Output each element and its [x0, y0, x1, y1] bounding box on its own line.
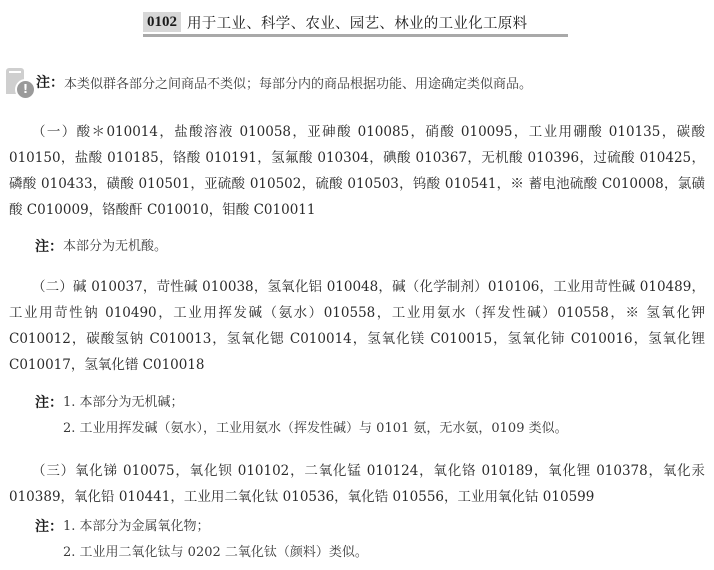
section-items: 碱 010037，苛性碱 010038，氢氧化铝 010048，碱（化学制剂）0… — [9, 279, 705, 373]
note-label: 注： — [35, 234, 63, 260]
note-label: 注： — [36, 72, 64, 92]
note-line: 1. 本部分为无机碱； — [63, 390, 184, 416]
section-bases-note: 注： 1. 本部分为无机碱； 2. 工业用挥发碱（氨水），工业用氨水（挥发性碱）… — [35, 390, 568, 442]
note-line: 2. 工业用挥发碱（氨水），工业用氨水（挥发性碱）与 0101 氨，无水氨，01… — [63, 416, 568, 442]
section-metal-oxides: （三）氧化锑 010075，氧化钡 010102，二氧化锰 010124，氧化铬… — [9, 458, 705, 510]
section-heading: （二） — [32, 279, 73, 295]
note-text: 本类似群各部分之间商品不类似；每部分内的商品根据功能、用途确定类似商品。 — [64, 73, 532, 92]
document-alert-icon: ! — [6, 66, 34, 98]
section-items: 氧化锑 010075，氧化钡 010102，二氧化锰 010124，氧化铬 01… — [9, 463, 705, 505]
section-heading: （一） — [32, 124, 77, 140]
section-acids: （一）酸＊010014，盐酸溶液 010058，亚砷酸 010085，硝酸 01… — [9, 119, 705, 223]
note-line: 本部分为无机酸。 — [63, 234, 167, 260]
note-line: 2. 工业用二氧化钛与 0202 二氧化钛（颜料）类似。 — [63, 540, 368, 566]
section-acids-note: 注： 本部分为无机酸。 — [35, 234, 167, 260]
section-metal-oxides-note: 注： 1. 本部分为金属氧化物； 2. 工业用二氧化钛与 0202 二氧化钛（颜… — [35, 514, 368, 566]
section-items: 酸＊010014，盐酸溶液 010058，亚砷酸 010085，硝酸 01009… — [9, 124, 705, 218]
page-title: 0102 用于工业、科学、农业、园艺、林业的工业化工原料 — [143, 10, 568, 37]
note-label: 注： — [35, 390, 63, 416]
note-line: 1. 本部分为金属氧化物； — [63, 514, 210, 540]
class-code: 0102 — [143, 12, 181, 32]
class-title: 用于工业、科学、农业、园艺、林业的工业化工原料 — [187, 12, 527, 33]
note-label: 注： — [35, 514, 63, 540]
section-heading: （三） — [32, 463, 75, 479]
intro-note: ! 注： 本类似群各部分之间商品不类似；每部分内的商品根据功能、用途确定类似商品… — [6, 66, 532, 98]
section-bases: （二）碱 010037，苛性碱 010038，氢氧化铝 010048，碱（化学制… — [9, 274, 705, 378]
